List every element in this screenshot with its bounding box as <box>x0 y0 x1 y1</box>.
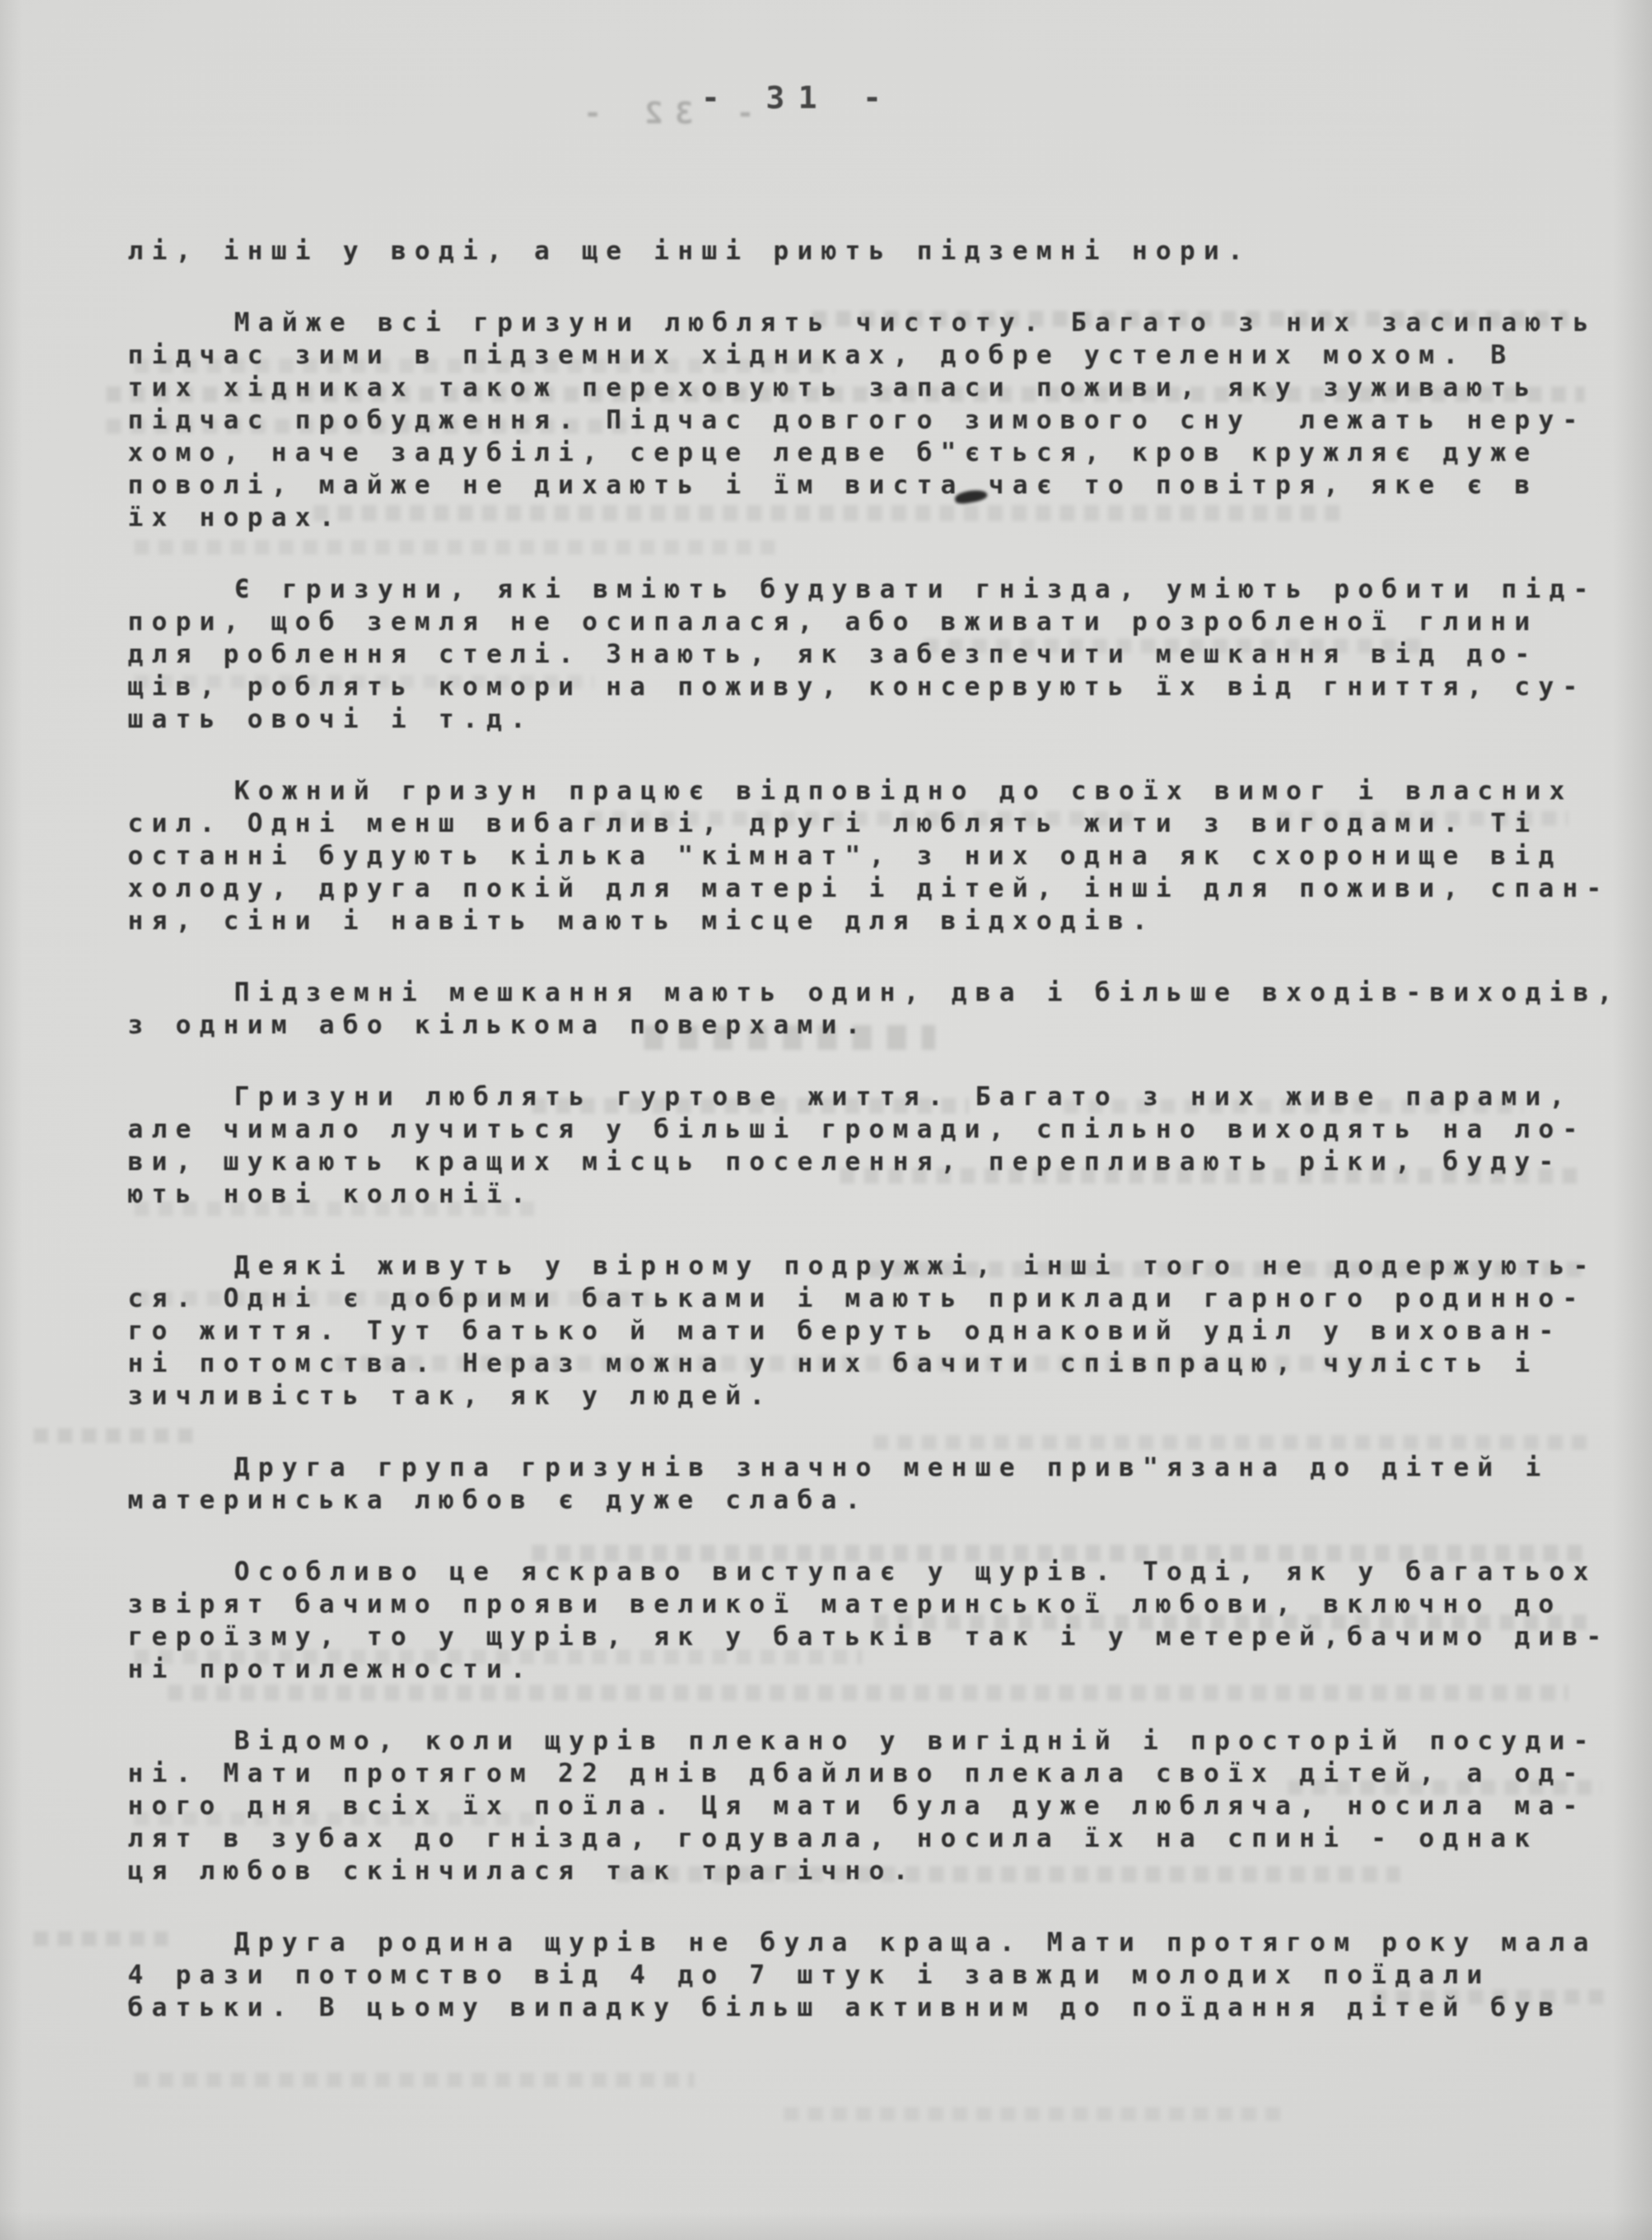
text-line: ця любов скінчилася так трагічно. <box>128 1854 1621 1887</box>
scan-edge-shading-bottom <box>0 2212 1652 2240</box>
page-number: - 31 - <box>701 80 895 116</box>
text-line: холоду, друга покій для матері і дітей, … <box>128 872 1621 904</box>
paragraph: Деякі живуть у вірному подружжі, інші то… <box>128 1249 1621 1412</box>
text-line: ні потомства. Нераз можна у них бачити с… <box>128 1347 1621 1379</box>
text-line: поволі, майже не дихають і їм виста чає … <box>128 468 1621 501</box>
text-line: звірят бачимо прояви великої материнсько… <box>128 1587 1621 1620</box>
text-line: Друга родина щурів не була краща. Мати п… <box>128 1926 1621 1958</box>
text-line: тих хідниках також переховують запаси по… <box>128 371 1621 403</box>
text-line: зичливість так, як у людей. <box>128 1379 1621 1412</box>
paragraph: Гризуни люблять гуртове життя. Багато з … <box>128 1080 1621 1210</box>
text-line: го життя. Тут батько й мати беруть однак… <box>128 1314 1621 1347</box>
text-line: пори, щоб земля не осипалася, або вживат… <box>128 605 1621 637</box>
text-line: Кожний гризун працює відповідно до своїх… <box>128 774 1621 807</box>
text-line: Особливо це яскраво виступає у щурів. То… <box>128 1555 1621 1587</box>
text-line: підчас пробудження. Підчас довгого зимов… <box>128 403 1621 436</box>
text-line: Друга група гризунів значно менше прив"я… <box>128 1451 1621 1483</box>
text-line: Майже всі гризуни люблять чистоту. Багат… <box>128 306 1621 338</box>
text-line: сил. Одні менш вибагливі, другі люблять … <box>128 807 1621 839</box>
text-line: ся. Одні є добрими батьками і мають прик… <box>128 1282 1621 1314</box>
scanned-document-page: - 32 - - 31 - лі, інші у воді, а ще інші… <box>0 0 1652 2240</box>
text-line: Гризуни люблять гуртове життя. Багато з … <box>128 1080 1621 1112</box>
text-line: підчас зими в підземних хідниках, добре … <box>128 338 1621 371</box>
text-line: шать овочі і т.д. <box>128 702 1621 735</box>
paragraph: Друга родина щурів не була краща. Мати п… <box>128 1926 1621 2023</box>
typewritten-text-block: лі, інші у воді, а ще інші риють підземн… <box>128 234 1621 2023</box>
paragraph: Підземні мешкання мають один, два і біль… <box>128 976 1621 1041</box>
text-line: лі, інші у воді, а ще інші риють підземн… <box>128 234 1621 267</box>
text-line: Є гризуни, які вміють будувати гнізда, у… <box>128 572 1621 605</box>
text-line: лят в зубах до гнізда, годувала, носила … <box>128 1822 1621 1854</box>
paragraph: Друга група гризунів значно менше прив"я… <box>128 1451 1621 1516</box>
text-line: останні будують кілька "кімнат", з них о… <box>128 839 1621 872</box>
text-line: героїзму, то у щурів, як у батьків так і… <box>128 1620 1621 1652</box>
text-line: батьки. В цьому випадку більш активним д… <box>128 1991 1621 2023</box>
text-line: ви, шукають кращих місць поселення, пере… <box>128 1145 1621 1177</box>
paragraph: Кожний гризун працює відповідно до своїх… <box>128 774 1621 937</box>
bleedthrough-smudge <box>134 2073 694 2087</box>
text-line: їх норах. <box>128 501 1621 533</box>
text-line: хомо, наче задубілі, серце ледве б"ється… <box>128 436 1621 468</box>
text-line: Підземні мешкання мають один, два і біль… <box>128 976 1621 1008</box>
text-line: 4 рази потомство від 4 до 7 штук і завжд… <box>128 1958 1621 1991</box>
paragraph: Особливо це яскраво виступає у щурів. То… <box>128 1555 1621 1685</box>
text-line: для роблення стелі. Знають, як забезпечи… <box>128 637 1621 670</box>
text-line: але чимало лучиться у більші громади, сп… <box>128 1112 1621 1145</box>
text-line: ного дня всіх їх поїла. Ця мати була дуж… <box>128 1789 1621 1822</box>
paragraph: лі, інші у воді, а ще інші риють підземн… <box>128 234 1621 267</box>
text-line: Відомо, коли щурів плекано у вигідній і … <box>128 1724 1621 1757</box>
text-line: з одним або кількома поверхами. <box>128 1008 1621 1041</box>
text-line: ють нові колонії. <box>128 1177 1621 1210</box>
text-line: материнська любов є дуже слаба. <box>128 1483 1621 1516</box>
paragraph: Майже всі гризуни люблять чистоту. Багат… <box>128 306 1621 533</box>
scan-edge-shading-left <box>0 0 22 2240</box>
text-line: ні протилежности. <box>128 1652 1621 1685</box>
text-line: ні. Мати протягом 22 днів дбайливо плека… <box>128 1757 1621 1789</box>
text-line: ня, сіни і навіть мають місце для відход… <box>128 904 1621 937</box>
paragraph: Відомо, коли щурів плекано у вигідній і … <box>128 1724 1621 1887</box>
text-line: Деякі живуть у вірному подружжі, інші то… <box>128 1249 1621 1282</box>
paragraph: Є гризуни, які вміють будувати гнізда, у… <box>128 572 1621 735</box>
bleedthrough-smudge <box>784 2107 1288 2121</box>
text-line: щів, роблять комори на поживу, консервую… <box>128 670 1621 702</box>
